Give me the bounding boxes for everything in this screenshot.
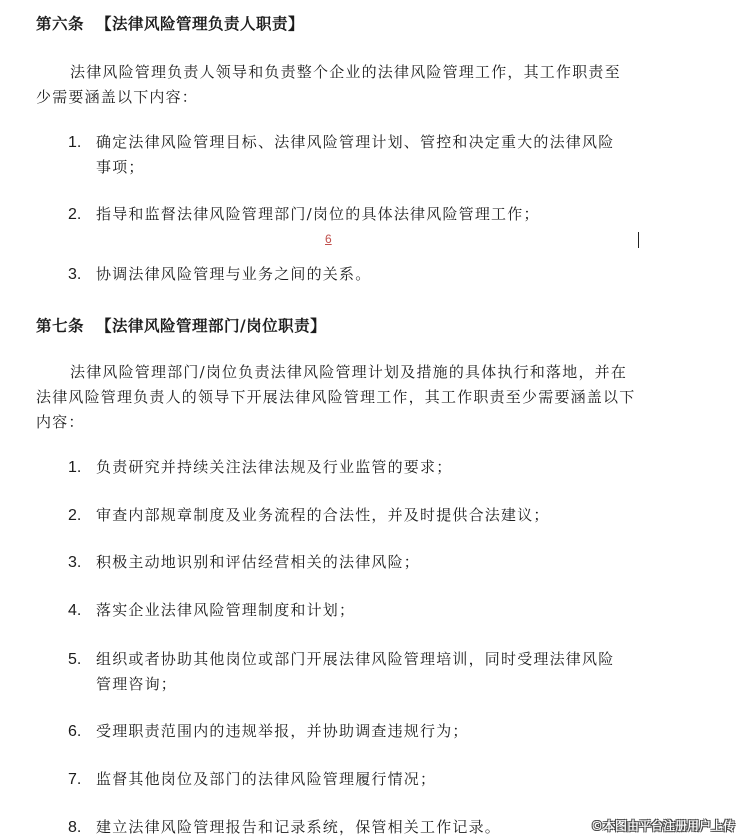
item-text: 建立法律风险管理报告和记录系统，保管相关工作记录。 (96, 818, 501, 836)
list-item: 2. 指导和监督法律风险管理部门/岗位的具体法律风险管理工作； (68, 202, 628, 227)
article-title: 【法律风险管理部门/岗位职责】 (96, 316, 326, 335)
item-number: 2. (68, 503, 81, 528)
item-text: 受理职责范围内的违规举报，并协助调查违规行为； (96, 722, 469, 740)
article-number: 第七条 (36, 316, 84, 335)
list-item: 2. 审查内部规章制度及业务流程的合法性，并及时提供合法建议； (68, 503, 628, 528)
item-number: 5. (68, 647, 81, 672)
item-text: 积极主动地识别和评估经营相关的法律风险； (96, 553, 420, 571)
item-text: 负责研究并持续关注法律法规及行业监管的要求； (96, 458, 452, 476)
article-7-intro: 法律风险管理部门/岗位负责法律风险管理计划及措施的具体执行和落地，并在法律风险管… (36, 360, 636, 435)
text-cursor (638, 232, 639, 248)
list-item: 3. 积极主动地识别和评估经营相关的法律风险； (68, 550, 628, 575)
item-number: 7. (68, 767, 81, 792)
article-number: 第六条 (36, 14, 84, 33)
article-6-intro: 法律风险管理负责人领导和负责整个企业的法律风险管理工作，其工作职责至少需要涵盖以… (36, 60, 636, 110)
item-number: 8. (68, 815, 81, 840)
list-item: 5. 组织或者协助其他岗位或部门开展法律风险管理培训，同时受理法律风险管理咨询； (68, 647, 628, 697)
item-text: 审查内部规章制度及业务流程的合法性，并及时提供合法建议； (96, 506, 550, 524)
article-7-heading: 第七条【法律风险管理部门/岗位职责】 (36, 314, 326, 336)
article-title: 【法律风险管理负责人职责】 (96, 14, 304, 33)
item-text: 协调法律风险管理与业务之间的关系。 (96, 265, 371, 283)
item-number: 1. (68, 130, 81, 155)
item-number: 3. (68, 262, 81, 287)
item-text: 监督其他岗位及部门的法律风险管理履行情况； (96, 770, 436, 788)
article-6-heading: 第六条【法律风险管理负责人职责】 (36, 12, 304, 34)
item-number: 4. (68, 598, 81, 623)
list-item: 1. 负责研究并持续关注法律法规及行业监管的要求； (68, 455, 628, 480)
item-text: 落实企业法律风险管理制度和计划； (96, 601, 355, 619)
item-number: 6. (68, 719, 81, 744)
item-text: 组织或者协助其他岗位或部门开展法律风险管理培训，同时受理法律风险管理咨询； (96, 650, 614, 693)
list-item: 6. 受理职责范围内的违规举报，并协助调查违规行为； (68, 719, 628, 744)
list-item: 7. 监督其他岗位及部门的法律风险管理履行情况； (68, 767, 628, 792)
item-text: 指导和监督法律风险管理部门/岗位的具体法律风险管理工作； (96, 205, 540, 223)
item-number: 3. (68, 550, 81, 575)
item-number: 1. (68, 455, 81, 480)
list-item: 4. 落实企业法律风险管理制度和计划； (68, 598, 628, 623)
list-item: 1. 确定法律风险管理目标、法律风险管理计划、管控和决定重大的法律风险事项； (68, 130, 628, 180)
item-number: 2. (68, 202, 81, 227)
watermark: ©本图由平台注册用户上传 (591, 817, 735, 834)
item-text: 确定法律风险管理目标、法律风险管理计划、管控和决定重大的法律风险事项； (96, 133, 614, 176)
list-item: 3. 协调法律风险管理与业务之间的关系。 (68, 262, 628, 287)
page-number: 6 (325, 232, 332, 246)
list-item: 8. 建立法律风险管理报告和记录系统，保管相关工作记录。 (68, 815, 628, 840)
